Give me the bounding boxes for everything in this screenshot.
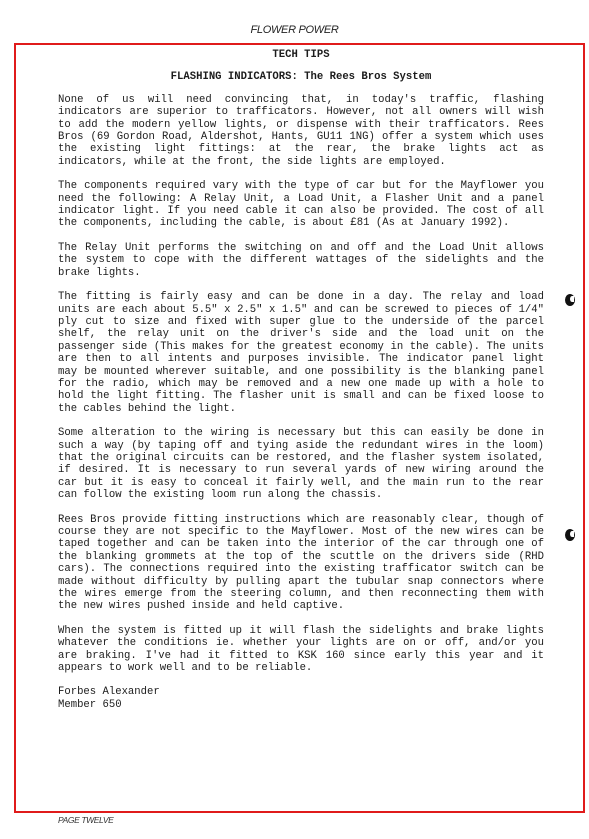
paragraph-3: The Relay Unit performs the switching on… <box>58 242 544 279</box>
punch-hole-mark-icon <box>565 294 575 306</box>
paragraph-2: The components required vary with the ty… <box>58 180 544 230</box>
paragraph-1: None of us will need convincing that, in… <box>58 94 544 168</box>
paragraph-7: When the system is fitted up it will fla… <box>58 625 544 675</box>
author-name: Forbes Alexander <box>58 686 544 698</box>
paragraph-5: Some alteration to the wiring is necessa… <box>58 427 544 501</box>
paragraph-6: Rees Bros provide fitting instructions w… <box>58 514 544 613</box>
article-title: FLASHING INDICATORS: The Rees Bros Syste… <box>58 71 544 83</box>
author-member: Member 650 <box>58 699 544 711</box>
paragraph-4: The fitting is fairly easy and can be do… <box>58 291 544 415</box>
section-title: TECH TIPS <box>14 49 588 61</box>
article: TECH TIPS FLASHING INDICATORS: The Rees … <box>58 49 544 711</box>
page-footer: PAGE TWELVE <box>58 815 113 825</box>
punch-hole-mark-icon <box>565 529 575 541</box>
running-head: FLOWER POWER <box>0 24 589 36</box>
